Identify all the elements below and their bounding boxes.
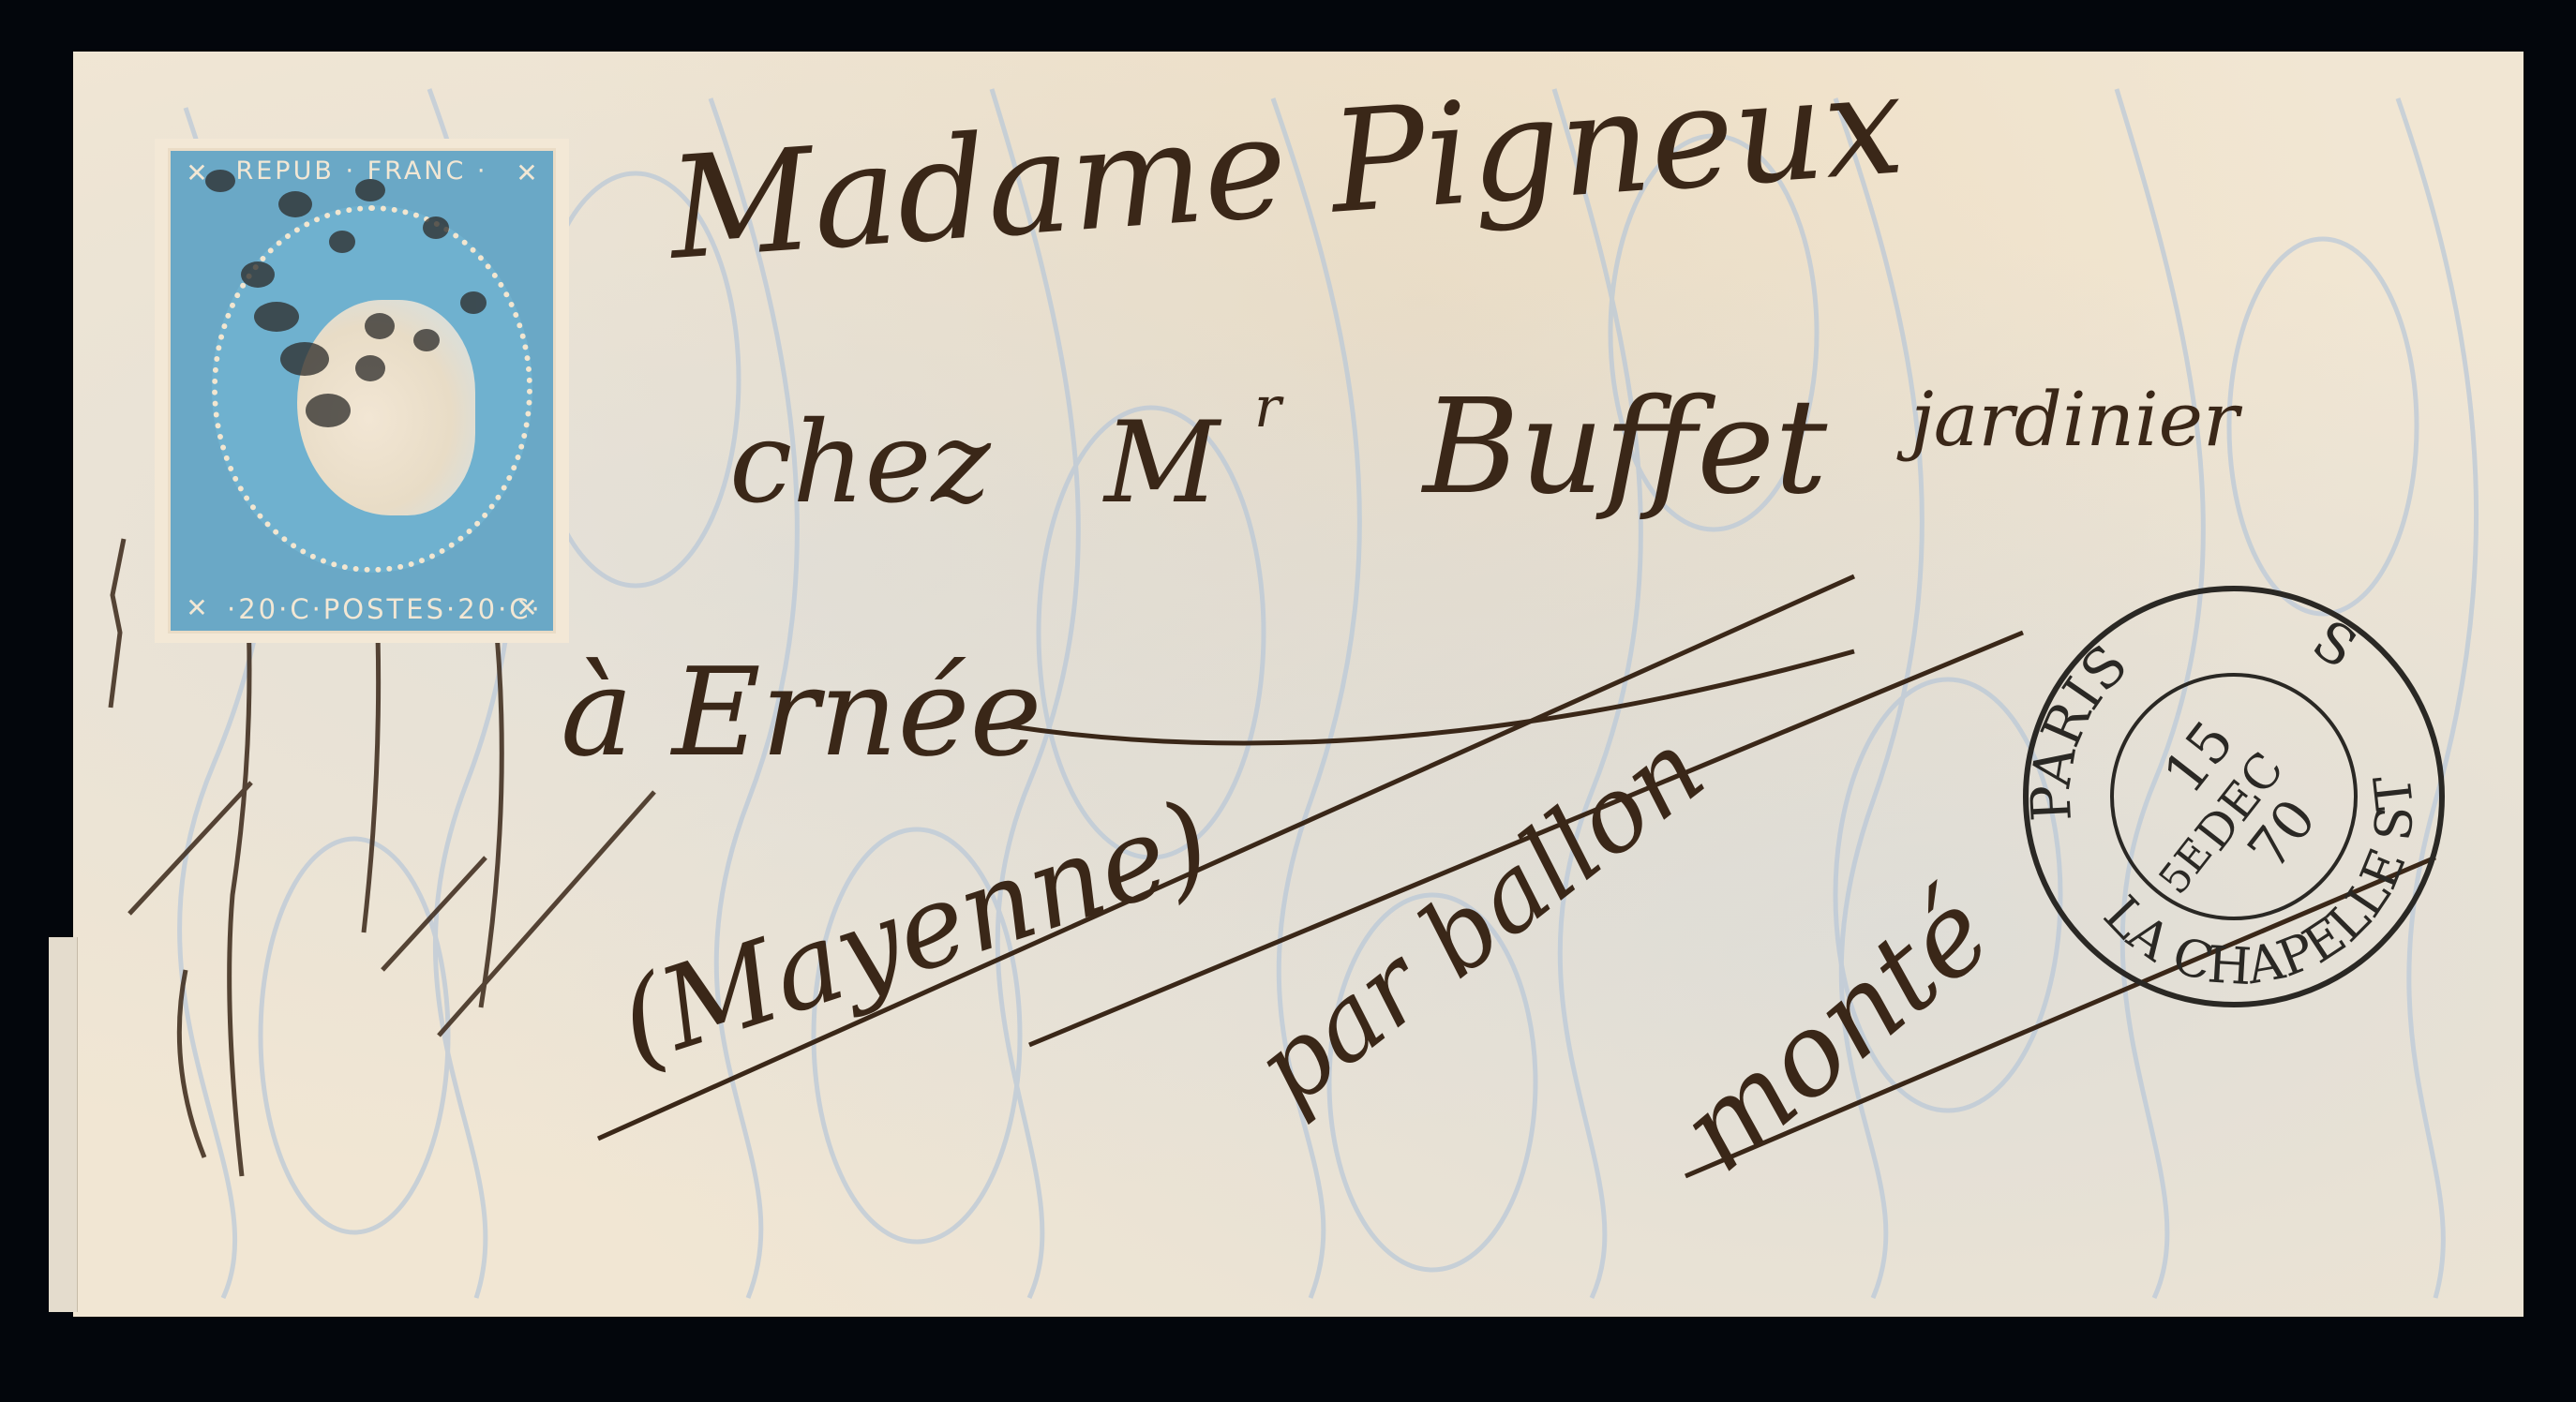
envelope-flap-edge [49,937,78,1312]
address-line-1: Madame Pigneux [661,52,1909,291]
address-line-4: (Mayenne) [604,777,1225,1090]
address-line-3: à Ernée [561,641,1041,783]
address-line-2-prefix: chez [729,398,992,529]
postmark-cancel: PARIS S LA CHAPELLE ST 15 DEC 70 5E [2014,576,2454,1017]
balloon-annotation-1: par ballon [1233,708,1726,1130]
address-line-2-suffix: jardinier [1896,376,2243,463]
postmark-outer-right: S [2293,603,2377,687]
address-line-2-name: Buffet [1420,371,1828,524]
postmark-outer-top: PARIS [2014,624,2188,848]
stamp-cancellation-dots [155,139,569,643]
postage-stamp: ✕ ✕ ✕ ✕ REPUB · FRANC · ·20·C·POSTES·20·… [155,139,569,643]
address-line-2-title: M [1102,398,1222,529]
balloon-annotation-2: monté [1656,867,2014,1197]
address-line-2-sup: r [1254,375,1284,440]
